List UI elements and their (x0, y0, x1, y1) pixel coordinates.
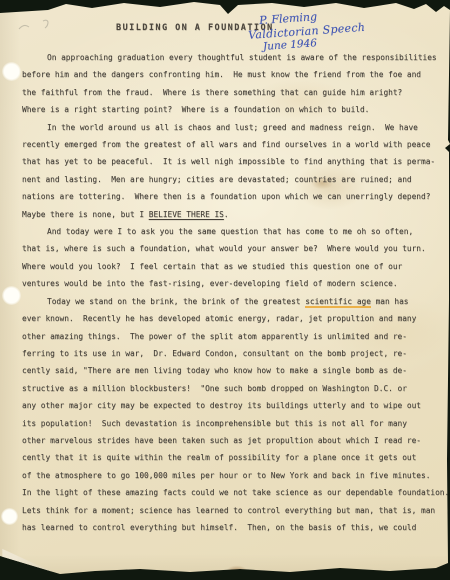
typed-line: Where is a right starting point? Where i… (22, 101, 448, 118)
text-segment: In the light of these amazing facts coul… (22, 488, 449, 497)
typed-line: ever known. Recently he has developed at… (22, 310, 448, 327)
typed-line: before him and the dangers confronting h… (22, 66, 448, 83)
punch-hole (1, 508, 18, 525)
emphasized-phrase: scientific age (305, 297, 371, 309)
text-segment: cently that it is quite within the realm… (22, 453, 416, 462)
typed-line: the faithful from the fraud. Where is th… (22, 84, 448, 101)
text-segment: ever known. Recently he has developed at… (22, 314, 416, 323)
paper-sheet: BUILDING ON A FOUNDATION P. Fleming Vald… (0, 0, 450, 580)
typed-line: In the light of these amazing facts coul… (22, 484, 448, 501)
typed-line: its population! Such devastation is inco… (22, 415, 448, 432)
text-segment: any other major city may be expected to … (22, 401, 421, 410)
text-segment: And today were I to ask you the same que… (47, 227, 413, 236)
typed-line: structive as a million blockbusters! "On… (22, 380, 448, 397)
typed-line: Today we stand on the brink, the brink o… (22, 293, 448, 310)
text-segment: nations are tottering. Where then is a f… (22, 192, 430, 201)
text-segment: other marvelous strides have been taken … (22, 436, 421, 445)
typed-line: ventures would be into the fast-rising, … (22, 275, 448, 292)
scanned-document: BUILDING ON A FOUNDATION P. Fleming Vald… (0, 0, 450, 580)
typed-line: any other major city may be expected to … (22, 397, 448, 414)
text-segment: structive as a million blockbusters! "On… (22, 384, 407, 393)
text-segment: before him and the dangers confronting h… (22, 70, 421, 79)
typed-line: nations are tottering. Where then is a f… (22, 188, 448, 205)
typed-line: cently said, "There are men living today… (22, 362, 448, 379)
typed-line: that has yet to be peaceful. It is well … (22, 153, 448, 170)
typed-line: Lets think for a moment; science has lea… (22, 502, 448, 519)
typed-line: that is, where is such a foundation, wha… (22, 240, 448, 257)
typed-line: has learned to control everything but hi… (22, 519, 448, 536)
text-segment: man has (371, 297, 409, 306)
text-segment: recently emerged from the greatest of al… (22, 140, 430, 149)
typed-line: ferring to its use in war, Dr. Edward Co… (22, 345, 448, 362)
typed-line: other marvelous strides have been taken … (22, 432, 448, 449)
text-segment: the faithful from the fraud. Where is th… (22, 88, 402, 97)
text-segment: Lets think for a moment; science has lea… (22, 506, 435, 515)
typed-line: cently that it is quite within the realm… (22, 449, 448, 466)
text-segment: Where is a right starting point? Where i… (22, 105, 369, 114)
text-segment: nent and lasting. Men are hungry; cities… (22, 175, 412, 184)
text-segment: . (224, 210, 229, 219)
typed-line: And today were I to ask you the same que… (22, 223, 448, 240)
typed-line: Maybe there is none, but I BELIEVE THERE… (22, 206, 448, 223)
punch-hole (2, 286, 21, 305)
typed-line: On approaching graduation every thoughtf… (22, 49, 448, 66)
typed-line: recently emerged from the greatest of al… (22, 136, 448, 153)
emphasized-phrase: BELIEVE THERE IS (149, 210, 224, 219)
text-segment: of the atmosphere to go 100,000 miles pe… (22, 471, 430, 480)
typed-line: In the world around us all is chaos and … (22, 119, 448, 136)
text-segment: On approaching graduation every thoughtf… (47, 53, 437, 62)
text-segment: In the world around us all is chaos and … (47, 123, 418, 132)
text-segment: that is, where is such a foundation, wha… (22, 244, 426, 253)
typed-text-body: On approaching graduation every thoughtf… (22, 49, 448, 536)
text-segment: ventures would be into the fast-rising, … (22, 279, 398, 288)
folded-corner (0, 546, 58, 575)
typed-line: of the atmosphere to go 100,000 miles pe… (22, 467, 448, 484)
typed-line: other amazing things. The power of the s… (22, 328, 448, 345)
text-segment: cently said, "There are men living today… (22, 366, 407, 375)
text-segment: has learned to control everything but hi… (22, 523, 416, 532)
punch-hole (2, 62, 21, 81)
text-segment: Where would you look? I feel certain tha… (22, 262, 402, 271)
text-segment: that has yet to be peaceful. It is well … (22, 157, 435, 166)
typed-line: nent and lasting. Men are hungry; cities… (22, 171, 448, 188)
handwritten-annotation: P. Fleming Valdictorian Speech June 1946 (247, 3, 419, 55)
pencil-mark (16, 16, 62, 36)
text-segment: ferring to its use in war, Dr. Edward Co… (22, 349, 407, 358)
text-segment: Maybe there is none, but I (22, 210, 149, 219)
typed-line: Where would you look? I feel certain tha… (22, 258, 448, 275)
text-segment: its population! Such devastation is inco… (22, 419, 407, 428)
text-segment: other amazing things. The power of the s… (22, 332, 407, 341)
text-segment: Today we stand on the brink, the brink o… (47, 297, 305, 306)
